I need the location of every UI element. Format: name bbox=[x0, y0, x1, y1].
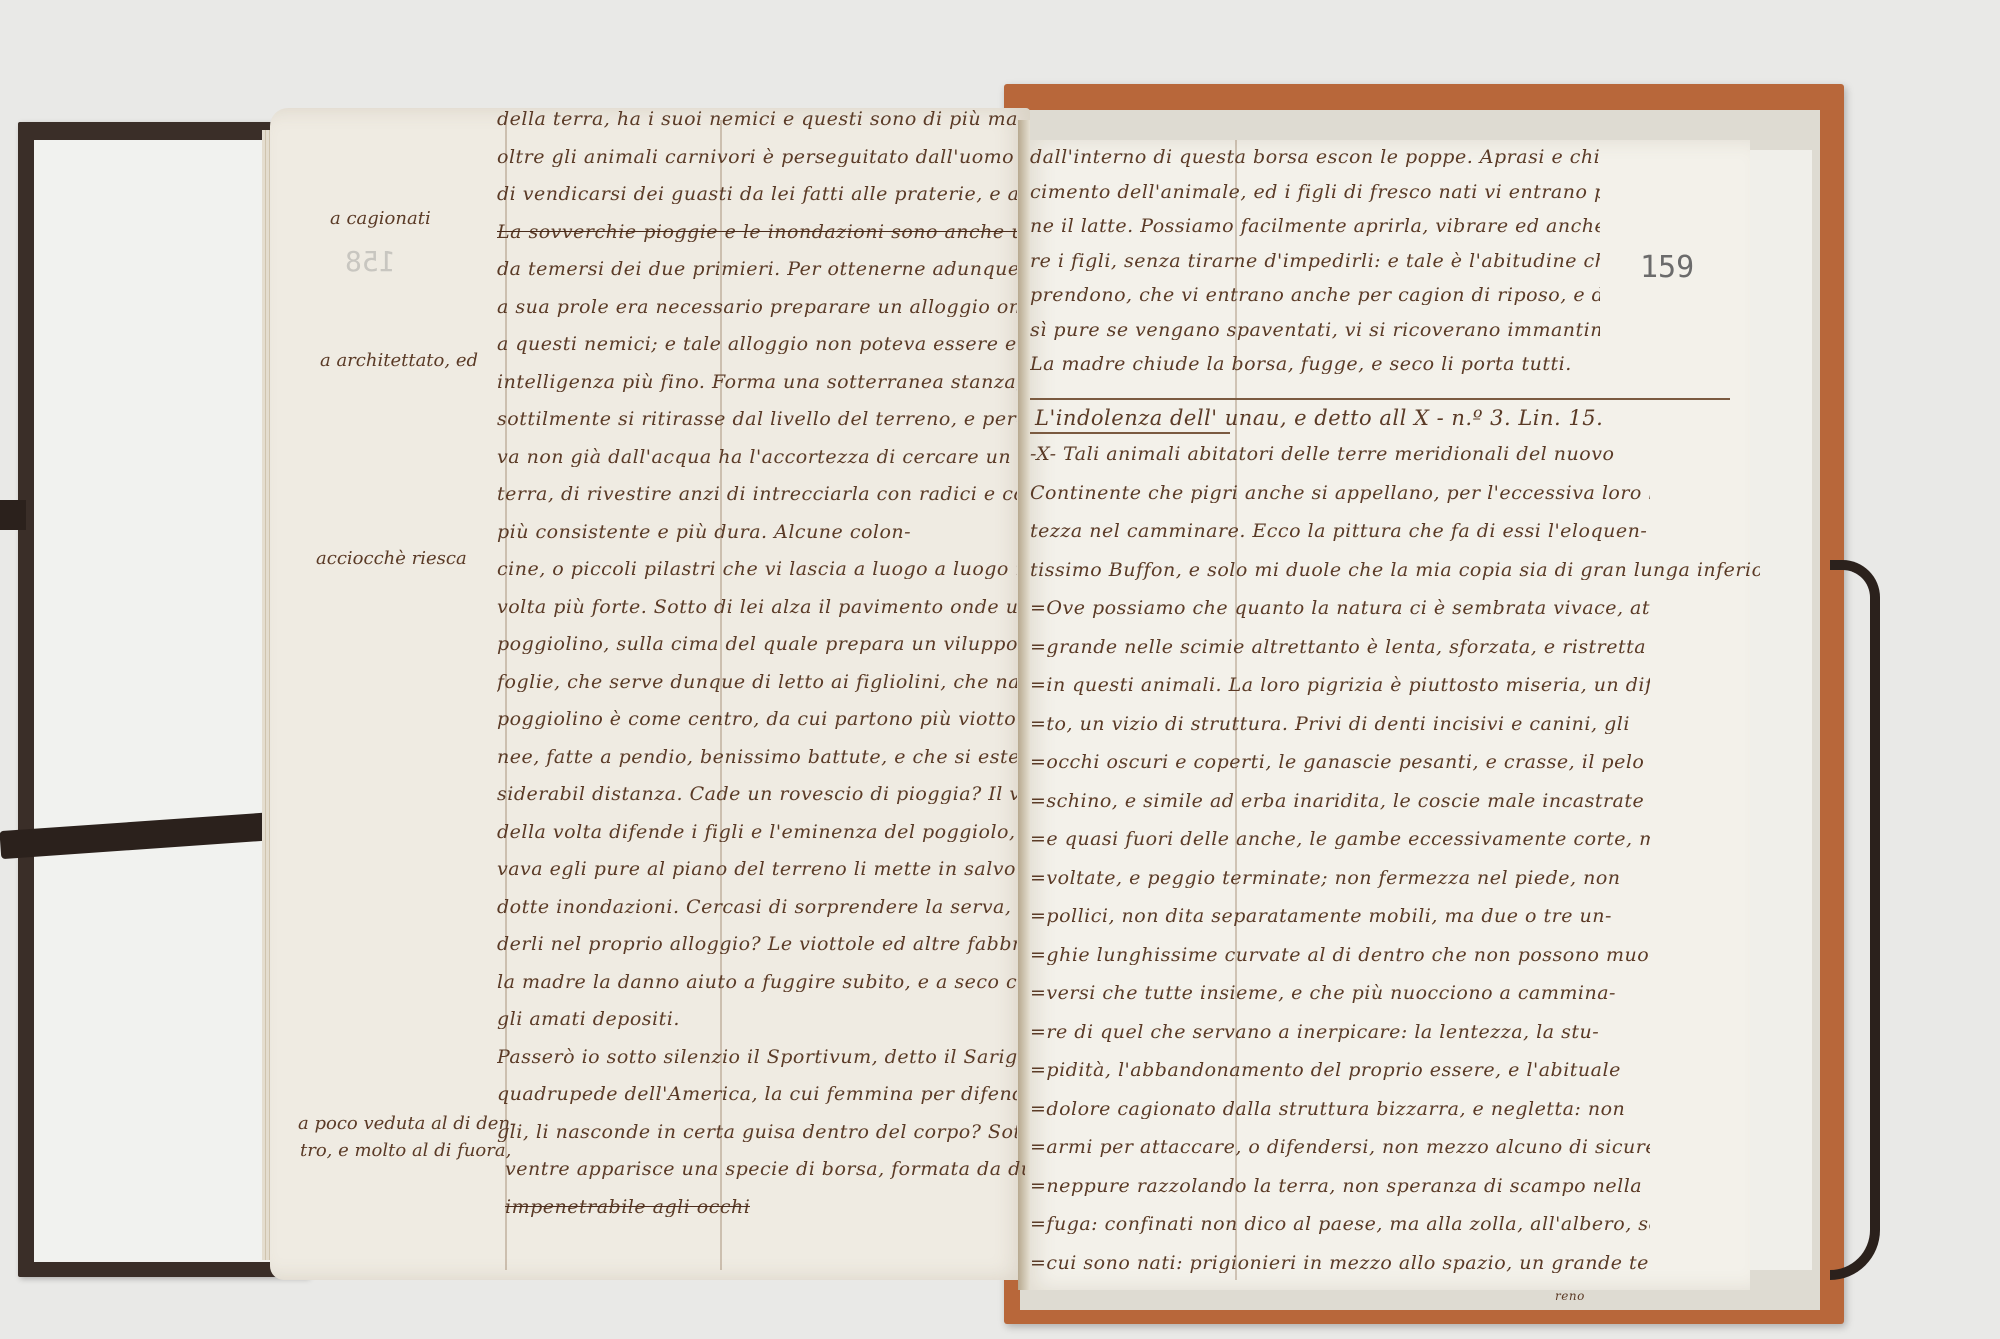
manuscript-line: =pollici, non dita separatamente mobili,… bbox=[1030, 907, 1612, 926]
margin-note: acciocchè riesca bbox=[316, 548, 467, 569]
manuscript-line: Continente che pigri anche si appellano,… bbox=[1030, 484, 1650, 503]
manuscript-line: cine, o piccoli pilastri che vi lascia a… bbox=[497, 560, 1017, 579]
manuscript-line: dall'interno di questa borsa escon le po… bbox=[1030, 148, 1600, 167]
manuscript-line: re i figli, senza tirarne d'impedirli: e… bbox=[1030, 252, 1600, 271]
section-rule bbox=[1030, 398, 1730, 400]
manuscript-line: La madre chiude la borsa, fugge, e seco … bbox=[1030, 355, 1572, 374]
manuscript-line: =ghie lunghissime curvate al di dentro c… bbox=[1030, 946, 1650, 965]
manuscript-line: =grande nelle scimie altrettanto è lenta… bbox=[1030, 638, 1646, 657]
manuscript-line: della volta difende i figli e l'eminenza… bbox=[497, 823, 1017, 842]
manuscript-line: cimento dell'animale, ed i figli di fres… bbox=[1030, 183, 1600, 202]
manuscript-line: impenetrabile agli occhi bbox=[505, 1198, 750, 1217]
manuscript-line: La sovverchie pioggie e le inondazioni s… bbox=[497, 223, 1017, 242]
manuscript-line: =schino, e simile ad erba inaridita, le … bbox=[1030, 792, 1644, 811]
manuscript-line: poggiolino è come centro, da cui partono… bbox=[497, 710, 1017, 729]
manuscript-line: foglie, che serve dunque di letto ai fig… bbox=[497, 673, 1017, 692]
manuscript-line: poggiolino, sulla cima del quale prepara… bbox=[497, 635, 1017, 654]
manuscript-line: =in questi animali. La loro pigrizia è p… bbox=[1030, 676, 1650, 695]
manuscript-line: derli nel proprio alloggio? Le viottole … bbox=[497, 935, 1017, 954]
cloth-tie-right bbox=[1830, 560, 1880, 1280]
manuscript-line: da temersi dei due primieri. Per ottener… bbox=[497, 260, 1017, 279]
manuscript-line: volta più forte. Sotto di lei alza il pa… bbox=[497, 598, 1017, 617]
manuscript-line: ventre apparisce una specie di borsa, fo… bbox=[505, 1160, 1025, 1179]
manuscript-line: va non già dall'acqua ha l'accortezza di… bbox=[497, 448, 1017, 467]
manuscript-line: =pidità, l'abbandonamento del proprio es… bbox=[1030, 1061, 1621, 1080]
manuscript-line: della terra, ha i suoi nemici e questi s… bbox=[497, 110, 1017, 129]
section-rule bbox=[1030, 432, 1230, 434]
manuscript-line: Passerò io sotto silenzio il Sportivum, … bbox=[497, 1048, 1017, 1067]
manuscript-line: =re di quel che servano a inerpicare: la… bbox=[1030, 1023, 1599, 1042]
manuscript-line: =occhi oscuri e coperti, le ganascie pes… bbox=[1030, 753, 1650, 772]
manuscript-line: =Ove possiamo che quanto la natura ci è … bbox=[1030, 599, 1650, 618]
manuscript-line: =neppure razzolando la terra, non speran… bbox=[1030, 1177, 1642, 1196]
margin-note: tro, e molto al di fuora, bbox=[300, 1140, 511, 1161]
manuscript-line: =to, un vizio di struttura. Privi di den… bbox=[1030, 715, 1630, 734]
section-heading: L'indolenza dell' unau, e detto all X - … bbox=[1035, 408, 1603, 429]
manuscript-line: più consistente e più dura. Alcune colon… bbox=[497, 523, 911, 542]
manuscript-line: quadrupede dell'America, la cui femmina … bbox=[497, 1085, 1017, 1104]
manuscript-line: nee, fatte a pendio, benissimo battute, … bbox=[497, 748, 1017, 767]
margin-note: a poco veduta al di den- bbox=[298, 1113, 516, 1134]
manuscript-line: la madre la danno aiuto a fuggire subito… bbox=[497, 973, 1017, 992]
manuscript-line: a sua prole era necessario preparare un … bbox=[497, 298, 1017, 317]
manuscript-line: reno bbox=[1555, 1290, 1585, 1302]
book-gutter bbox=[1018, 120, 1030, 1290]
manuscript-line: =cui sono nati: prigionieri in mezzo all… bbox=[1030, 1254, 1650, 1273]
manuscript-line: intelligenza più fino. Forma una sotterr… bbox=[497, 373, 1017, 392]
cloth-tie-upper bbox=[0, 500, 26, 530]
manuscript-line: siderabil distanza. Cade un rovescio di … bbox=[497, 785, 1017, 804]
archival-box-tray bbox=[1740, 150, 1812, 1270]
manuscript-line: gli amati depositi. bbox=[497, 1010, 680, 1029]
manuscript-line: =voltate, e peggio terminate; non fermez… bbox=[1030, 869, 1621, 888]
manuscript-line: -X- Tali animali abitatori delle terre m… bbox=[1030, 445, 1614, 464]
manuscript-line: =dolore cagionato dalla struttura bizzar… bbox=[1030, 1100, 1625, 1119]
manuscript-line: gli, li nasconde in certa guisa dentro d… bbox=[497, 1123, 1017, 1142]
manuscript-line: prendono, che vi entrano anche per cagio… bbox=[1030, 286, 1600, 305]
manuscript-line: oltre gli animali carnivori è perseguita… bbox=[497, 148, 1017, 167]
manuscript-line: tezza nel camminare. Ecco la pittura che… bbox=[1030, 522, 1647, 541]
margin-note: a architettato, ed bbox=[320, 350, 478, 371]
manuscript-line: ne il latte. Possiamo facilmente aprirla… bbox=[1030, 217, 1600, 236]
page-number: 159 bbox=[1640, 250, 1694, 285]
manuscript-line: terra, di rivestire anzi di intrecciarla… bbox=[497, 485, 1017, 504]
manuscript-line: vava egli pure al piano del terreno li m… bbox=[497, 860, 1017, 879]
manuscript-line: sottilmente si ritirasse dal livello del… bbox=[497, 410, 1017, 429]
left-page bbox=[270, 108, 1030, 1280]
ghost-page-number: 158 bbox=[345, 245, 396, 278]
manuscript-line: =e quasi fuori delle anche, le gambe ecc… bbox=[1030, 830, 1650, 849]
manuscript-line: tissimo Buffon, e solo mi duole che la m… bbox=[1030, 561, 1760, 580]
margin-note: a cagionati bbox=[330, 208, 431, 229]
manuscript-line: =fuga: confinati non dico al paese, ma a… bbox=[1030, 1215, 1650, 1234]
manuscript-line: a questi nemici; e tale alloggio non pot… bbox=[497, 335, 1017, 354]
manuscript-line: dotte inondazioni. Cercasi di sorprender… bbox=[497, 898, 1017, 917]
manuscript-line: di vendicarsi dei guasti da lei fatti al… bbox=[497, 185, 1017, 204]
manuscript-line: =armi per attaccare, o difendersi, non m… bbox=[1030, 1138, 1650, 1157]
manuscript-line: sì pure se vengano spaventati, vi si ric… bbox=[1030, 321, 1600, 340]
manuscript-line: =versi che tutte insieme, e che più nuoc… bbox=[1030, 984, 1616, 1003]
